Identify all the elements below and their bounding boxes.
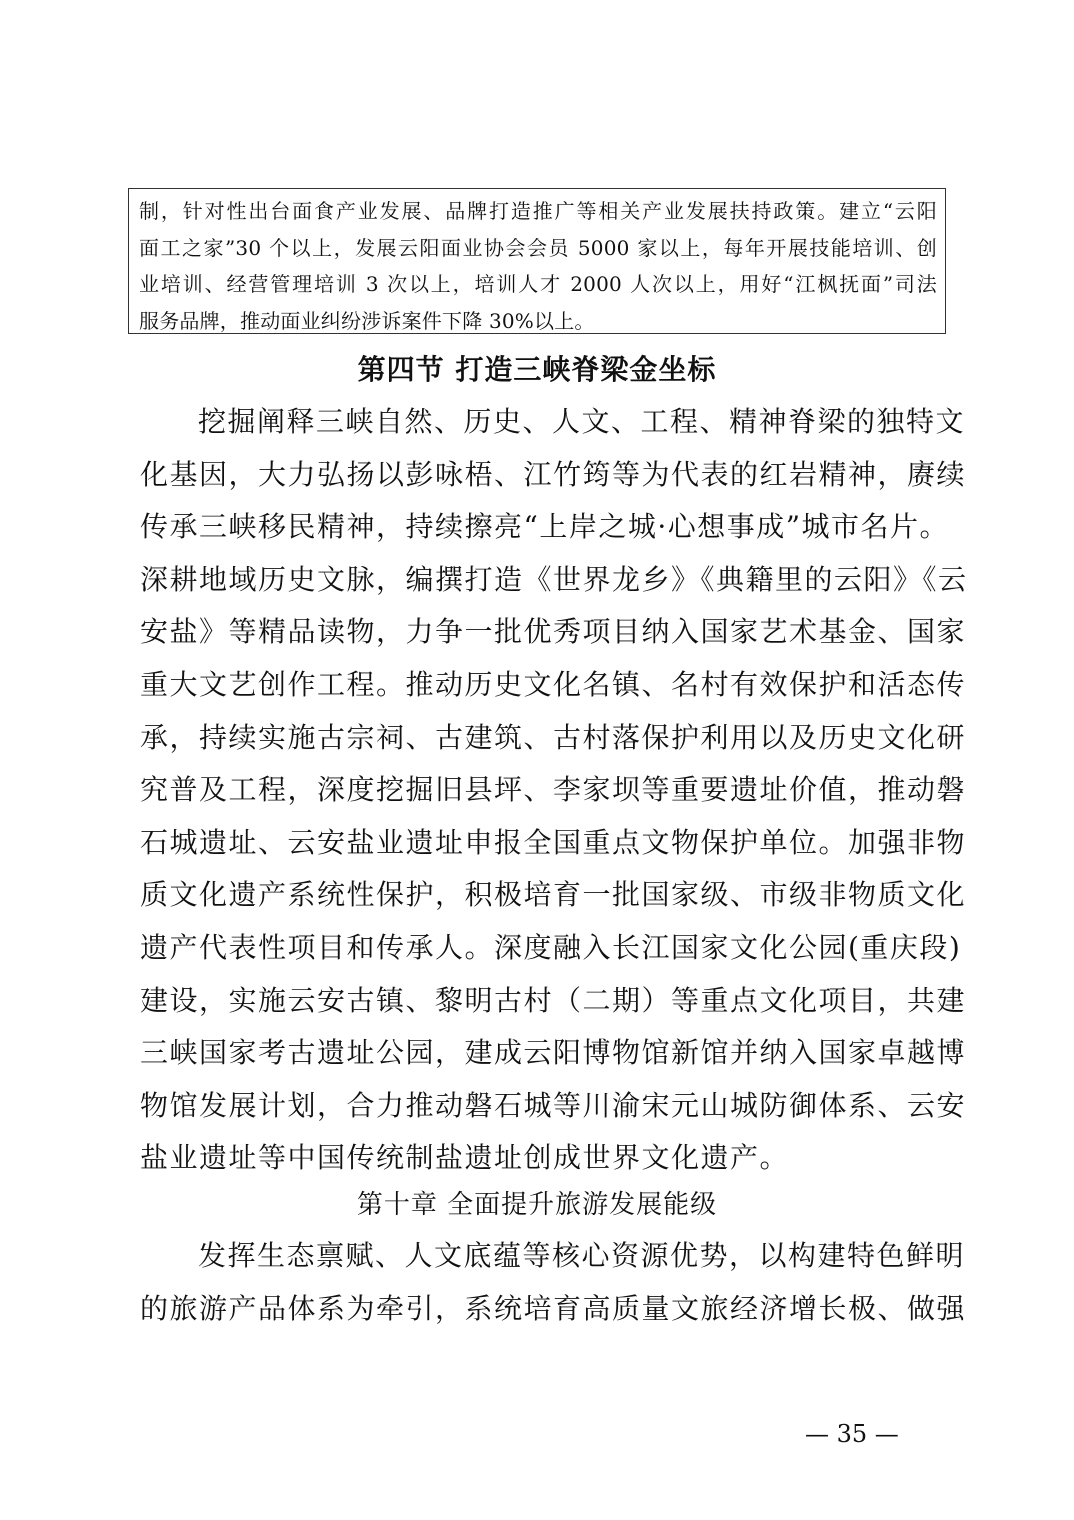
paragraph-line: 盐业遗址等中国传统制盐遗址创成世界文化遗产。 <box>140 1132 936 1185</box>
paragraph-line: 深耕地域历史文脉，编撰打造《世界龙乡》《典籍里的云阳》《云 <box>140 554 936 607</box>
paragraph-line: 建设，实施云安古镇、黎明古村（二期）等重点文化项目，共建 <box>140 975 936 1028</box>
paragraph-line: 发挥生态禀赋、人文底蕴等核心资源优势，以构建特色鲜明 <box>140 1230 936 1283</box>
paragraph-line: 承，持续实施古宗祠、古建筑、古村落保护利用以及历史文化研 <box>140 712 936 765</box>
paragraph-line: 质文化遗产系统性保护，积极培育一批国家级、市级非物质文化 <box>140 869 936 922</box>
page-number: — 35 — <box>805 1420 899 1448</box>
paragraph-line: 安盐》等精品读物，力争一批优秀项目纳入国家艺术基金、国家 <box>140 606 936 659</box>
box-line: 业培训、经营管理培训 3 次以上，培训人才 2000 人次以上，用好“江枫抚面”… <box>139 266 937 303</box>
box-line: 服务品牌，推动面业纠纷涉诉案件下降 30%以上。 <box>139 303 937 340</box>
paragraph-heritage: 挖掘阐释三峡自然、历史、人文、工程、精神脊梁的独特文 化基因，大力弘扬以彭咏梧、… <box>140 396 936 1185</box>
paragraph-line: 的旅游产品体系为牵引，系统培育高质量文旅经济增长极、做强 <box>140 1283 936 1336</box>
paragraph-tourism: 发挥生态禀赋、人文底蕴等核心资源优势，以构建特色鲜明 的旅游产品体系为牵引，系统… <box>140 1230 936 1335</box>
paragraph-line: 重大文艺创作工程。推动历史文化名镇、名村有效保护和活态传 <box>140 659 936 712</box>
paragraph-line: 三峡国家考古遗址公园，建成云阳博物馆新馆并纳入国家卓越博 <box>140 1027 936 1080</box>
paragraph-line: 化基因，大力弘扬以彭咏梧、江竹筠等为代表的红岩精神，赓续 <box>140 449 936 502</box>
paragraph-line: 物馆发展计划，合力推动磐石城等川渝宋元山城防御体系、云安 <box>140 1080 936 1133</box>
paragraph-line: 挖掘阐释三峡自然、历史、人文、工程、精神脊梁的独特文 <box>140 396 936 449</box>
box-line: 面工之家”30 个以上，发展云阳面业协会会员 5000 家以上，每年开展技能培训… <box>139 230 937 267</box>
paragraph-line: 石城遗址、云安盐业遗址申报全国重点文物保护单位。加强非物 <box>140 817 936 870</box>
section-heading: 第四节 打造三峡脊梁金坐标 <box>0 348 1074 388</box>
paragraph-line: 遗产代表性项目和传承人。深度融入长江国家文化公园(重庆段) <box>140 922 936 975</box>
box-line: 制，针对性出台面食产业发展、品牌打造推广等相关产业发展扶持政策。建立“云阳 <box>139 193 937 230</box>
policy-highlight-box: 制，针对性出台面食产业发展、品牌打造推广等相关产业发展扶持政策。建立“云阳 面工… <box>128 188 946 334</box>
chapter-heading: 第十章 全面提升旅游发展能级 <box>0 1184 1074 1221</box>
paragraph-line: 传承三峡移民精神，持续擦亮“上岸之城·心想事成”城市名片。 <box>140 501 936 554</box>
paragraph-line: 究普及工程，深度挖掘旧县坪、李家坝等重要遗址价值，推动磐 <box>140 764 936 817</box>
